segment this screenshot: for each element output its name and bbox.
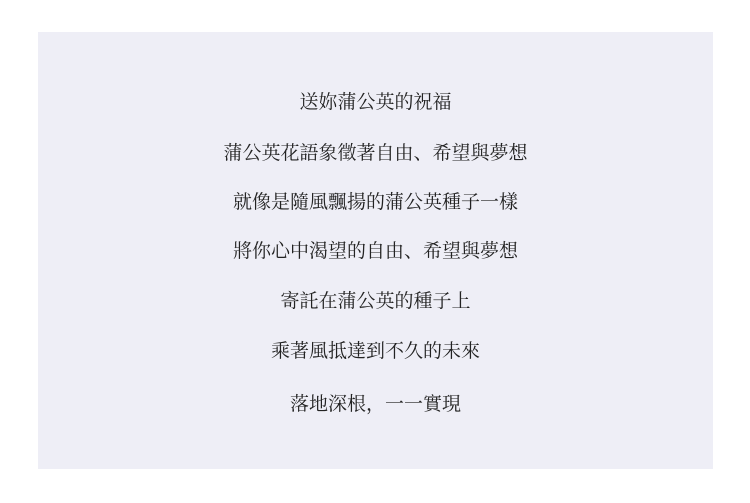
poem-line-2: 就像是隨風飄揚的蒲公英種子一樣 <box>38 190 713 214</box>
poem-text-block: 送妳蒲公英的祝福 蒲公英花語象徵著自由、希望與夢想 就像是隨風飄揚的蒲公英種子一… <box>38 32 713 469</box>
poem-card: 送妳蒲公英的祝福 蒲公英花語象徵著自由、希望與夢想 就像是隨風飄揚的蒲公英種子一… <box>38 32 713 469</box>
poem-line-1: 蒲公英花語象徵著自由、希望與夢想 <box>38 141 713 165</box>
poem-line-5: 乘著風抵達到不久的未來 <box>38 339 713 363</box>
poem-title: 送妳蒲公英的祝福 <box>38 90 713 114</box>
poem-line-6: 落地深根，一一實現 <box>38 392 713 416</box>
poem-line-3: 將你心中渴望的自由、希望與夢想 <box>38 239 713 263</box>
poem-line-4: 寄託在蒲公英的種子上 <box>38 289 713 313</box>
